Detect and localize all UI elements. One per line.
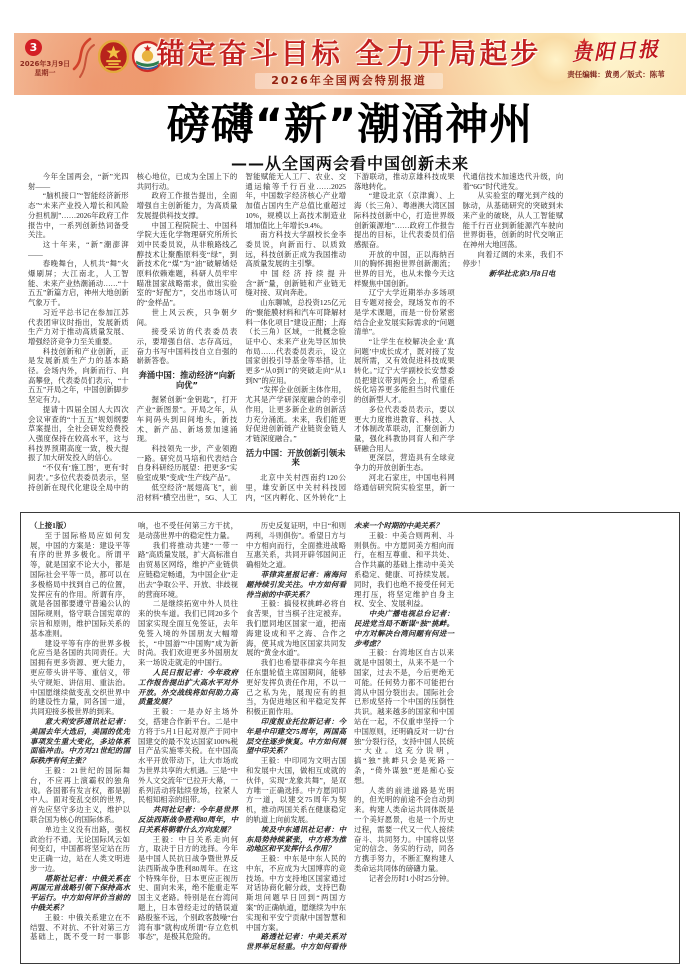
- continued-article-box: （上接1版）至于国际格局应如何发展，中国的方案是：建设平等有序的世界多极化。所谓…: [20, 512, 680, 964]
- body-paragraph: 历史反复证明，中日“和则两利，斗则俱伤”。希望日方与中方相向而行，全面推进战略互…: [246, 521, 346, 570]
- masthead-banner: ★ 3 2026年3月9日 星期一: [14, 33, 686, 95]
- body-paragraph: 南方科技大学副校长金李委员说，向新而行、以质致远，科技创新正成为我国推动高质量发…: [245, 230, 346, 269]
- body-paragraph: 二是继续拓宽中外人员往来的快车道。我们已同20多个国家实现全面互免签证，去年免签…: [138, 599, 238, 668]
- masthead-right: 贵阳日报 责任编辑：黄勇／版式：陈苇: [552, 39, 680, 79]
- page-number-badge: 3: [25, 39, 42, 56]
- body-paragraph: 科技创新和产业创新，正是发展新质生产力的基本路径。会场内外，向新而行、向高攀登，…: [28, 347, 129, 405]
- body-paragraph: 王毅：一是办好主场外交，搭建合作新平台。二是中方将于5月1日起对原产于同中国建交…: [138, 707, 238, 805]
- body-paragraph: 王毅：中日关系走向何方，取决于日方的选择。今年是中国人民抗日战争暨世界反法西斯战…: [138, 835, 238, 943]
- question-paragraph: 中央广播电视总台记者：民进党当局不断谋“独”挑衅。中方对解决台湾问题有何进一步考…: [354, 609, 454, 648]
- banner-subtitle: 2026年全国两会特别报道: [255, 73, 443, 89]
- date-block: 2026年3月9日 星期一: [16, 60, 74, 78]
- question-paragraph: 菲律宾星报记者：南海问题持续引发关注。中方如何看待当前的中菲关系？: [246, 570, 346, 599]
- body-paragraph: 王毅：中印同为文明古国和发展中大国，做相互成就的伙伴，实现“龙象共舞”，是双方唯…: [246, 756, 346, 825]
- byline: 新华社北京3月8日电: [463, 269, 564, 279]
- section-heading: 奔涌中国：推动经济“向新向优”: [137, 371, 238, 390]
- body-paragraph: 王毅：中东是中东人民的中东，不应成为大国博弈的竞技场。中方支持地区国家通过对话协…: [246, 854, 346, 932]
- banner-center: 锚定奋斗目标 全力开局起步 2026年全国两会特别报道: [154, 38, 544, 89]
- body-paragraph: 我们也希望菲律宾今年担任东盟轮值主席国期间，能够更好发挥负责任作用，不以一己之私…: [246, 658, 346, 717]
- body-paragraph: 接受采访的代表委员表示，要增强自信、志存高远，奋力书写中国科技自立自强的崭新答卷…: [137, 327, 238, 366]
- body-paragraph: 向着辽阔的未来，我们不停步！: [463, 250, 564, 269]
- date-text: 2026年3月9日: [16, 60, 74, 69]
- headline-subtitle: ——从全国两会看中国创新未来: [0, 155, 700, 173]
- weekday-text: 星期一: [16, 69, 74, 78]
- question-paragraph: 塔斯社记者：中俄关系在两国元首战略引领下保持高水平运行。中方如何评价当前的中俄关…: [30, 874, 130, 913]
- body-paragraph: 王毅：搞侵权挑衅必将自食苦果，甘当棋子注定被弃。我们愿同地区国家一道，把南海建设…: [246, 599, 346, 658]
- national-emblem-icon: [98, 40, 129, 78]
- body-paragraph: 我们将推动共建“一带一路”高质量发展，扩大高标准自由贸易区网络，维护产业链供应链…: [138, 541, 238, 600]
- editor-line: 责任编辑：黄勇／版式：陈苇: [552, 70, 680, 79]
- lead-headline-block: 磅礴“新”潮涌神州 ——从全国两会看中国创新未来: [0, 102, 700, 173]
- body-paragraph: 记者会历时1小时25分钟。: [354, 874, 454, 884]
- body-paragraph: 科技领先一步，产业领跑一路。研究员马培和代表结合自身科研经历展望：把更多“实验室…: [137, 444, 238, 483]
- body-paragraph: 山东聊城，总投资125亿元的“聚能膜材料和汽车可降解材料一体化项目”建设正酣；上…: [245, 298, 346, 385]
- body-paragraph: 人类的前进道路是光明的，但光明的前途不会自动到来。构建人类命运共同体既是一个美好…: [354, 786, 454, 874]
- body-paragraph: 中国工程院院士、中国科学院大连化学物理研究所所长刘中民委员说，从非粮路线乙醇技术…: [137, 221, 238, 308]
- body-paragraph: 多位代表委员表示，要以更大力度推进教育、科技、人才体制改革联动，汇聚创新力量，强…: [354, 405, 455, 454]
- continued-article-body: （上接1版）至于国际格局应如何发展，中国的方案是：建设平等有序的世界多极化。所谓…: [30, 521, 670, 955]
- body-paragraph: 辽宁大学近期举办多场项目专题对接会，现场发布的不是学术课题，而是一份份紧密结合企…: [354, 288, 455, 337]
- paper-logo: 贵阳日报: [551, 36, 680, 67]
- banner-title: 锚定奋斗目标 全力开局起步: [154, 38, 544, 70]
- lead-article-body: 今年全国两会，“新”光四射——“脑机接口”“智能经济新形态”“未来产业投入增长和…: [28, 172, 672, 506]
- question-paragraph: 人民日报记者：今年政府工作报告提出扩大高水平对外开放。外交战线将如何助力高质量发…: [138, 668, 238, 707]
- body-paragraph: 王毅：台湾地区自古以来就是中国领土，从来不是一个国家，过去不是，今后更绝无可能。…: [354, 648, 454, 785]
- continued-from-label: （上接1版）: [30, 521, 130, 531]
- body-paragraph: 握紧创新“金钥匙”，打开产业“新图景”。开局之年，从车间码头到田间地头，新技术、…: [137, 395, 238, 444]
- body-paragraph: 更深层，营造具有全球竞争力的开放创新生态。: [354, 453, 455, 472]
- body-paragraph: 习近平总书记在参加江苏代表团审议时指出，发展新质生产力对于推动高质量发展、增强经…: [28, 308, 129, 347]
- body-paragraph: 今年全国两会，“新”光四射——: [28, 172, 129, 191]
- body-paragraph: 这十年来，“新”潮澎湃——: [28, 240, 129, 259]
- body-paragraph: 世上风云疾，只争朝夕间。: [137, 308, 238, 327]
- newspaper-page: ★ 3 2026年3月9日 星期一: [0, 0, 700, 977]
- body-paragraph: “建设北京（京津冀）、上海（长三角）、粤港澳大湾区国际科技创新中心，打造世界级创…: [354, 191, 455, 249]
- body-paragraph: 开放的中国，正以海纳百川的胸怀拥抱世界创新潮流；世界的目光，也从未像今天这样聚焦…: [354, 250, 455, 289]
- body-paragraph: 政府工作报告提出，全面增强自主创新能力，为高质量发展提供科技支撑。: [137, 191, 238, 220]
- body-paragraph: 至于国际格局应如何发展，中国的方案是：建设平等有序的世界多极化。所谓平等，就是国…: [30, 531, 130, 639]
- body-paragraph: 从实验室的曙光到产线的脉动，从基础研究的突破到未来产业的破晓，从人工智能赋能千行…: [463, 191, 564, 249]
- body-paragraph: 春晚舞台，人机共“舞”火爆刷屏；大江南北，人工智能、未来产业热潮涌动……“十五五…: [28, 259, 129, 308]
- body-paragraph: “发挥企业创新主体作用，尤其是产学研深度融合的牵引作用，让更多新企业的创新活力充…: [245, 385, 346, 443]
- question-paragraph: 意大利安莎通讯社记者：美国去年大选后，美国的优先事项发生重大变化，多边体系面临冲…: [30, 717, 130, 766]
- body-paragraph: 单边主义没有出路，强权政治行不通。无论国际风云如何变幻，中国都将坚定站在历史正确…: [30, 825, 130, 874]
- body-paragraph: 王毅：中美合则两利、斗则俱伤。中方愿同美方相向而行，在相互尊重、和平共处、合作共…: [354, 531, 454, 609]
- question-paragraph: 埃及中东通讯社记者：中东局势持续紧张，中方将为推动地区和平发挥什么作用？: [246, 825, 346, 854]
- question-paragraph: 印度报业托拉斯记者：今年是中印建交75周年，两国高层交往逐步恢复。中方如何展望中…: [246, 717, 346, 756]
- body-paragraph: “让学生在校解决企业‘真问题’中成长成才，既对接了发展所需，又有效促进科技成果转…: [354, 337, 455, 405]
- body-paragraph: 王毅：21世纪的国际舞台，不应再上演霸权的独角戏。各国都有发言权，都是剧中人。面…: [30, 766, 130, 825]
- question-paragraph: 共同社记者：今年是世界反法西斯战争胜利80周年，中日关系将朝着什么方向发展？: [138, 805, 238, 834]
- body-paragraph: 建设平等有序的世界多极化应当是各国的共同责任。大国拥有更多资源、更大能力，更应带…: [30, 639, 130, 717]
- body-paragraph: “脑机接口”“智能经济新形态”“未来产业投入增长和风险分担机制”……2026年政…: [28, 191, 129, 240]
- ribbon-decoration: [70, 37, 96, 88]
- section-heading: 活力中国：开放创新引领未来: [245, 449, 346, 468]
- body-paragraph: 中国经济持续提升含“新”量，创新链和产业链无缝对接、双向奔赴。: [245, 269, 346, 298]
- page-title: 磅礴“新”潮涌神州: [0, 102, 700, 148]
- body-paragraph: 提请十四届全国人大四次会议审查的“十五五”规划纲要草案提出，全社会研发经费投入强…: [28, 405, 129, 463]
